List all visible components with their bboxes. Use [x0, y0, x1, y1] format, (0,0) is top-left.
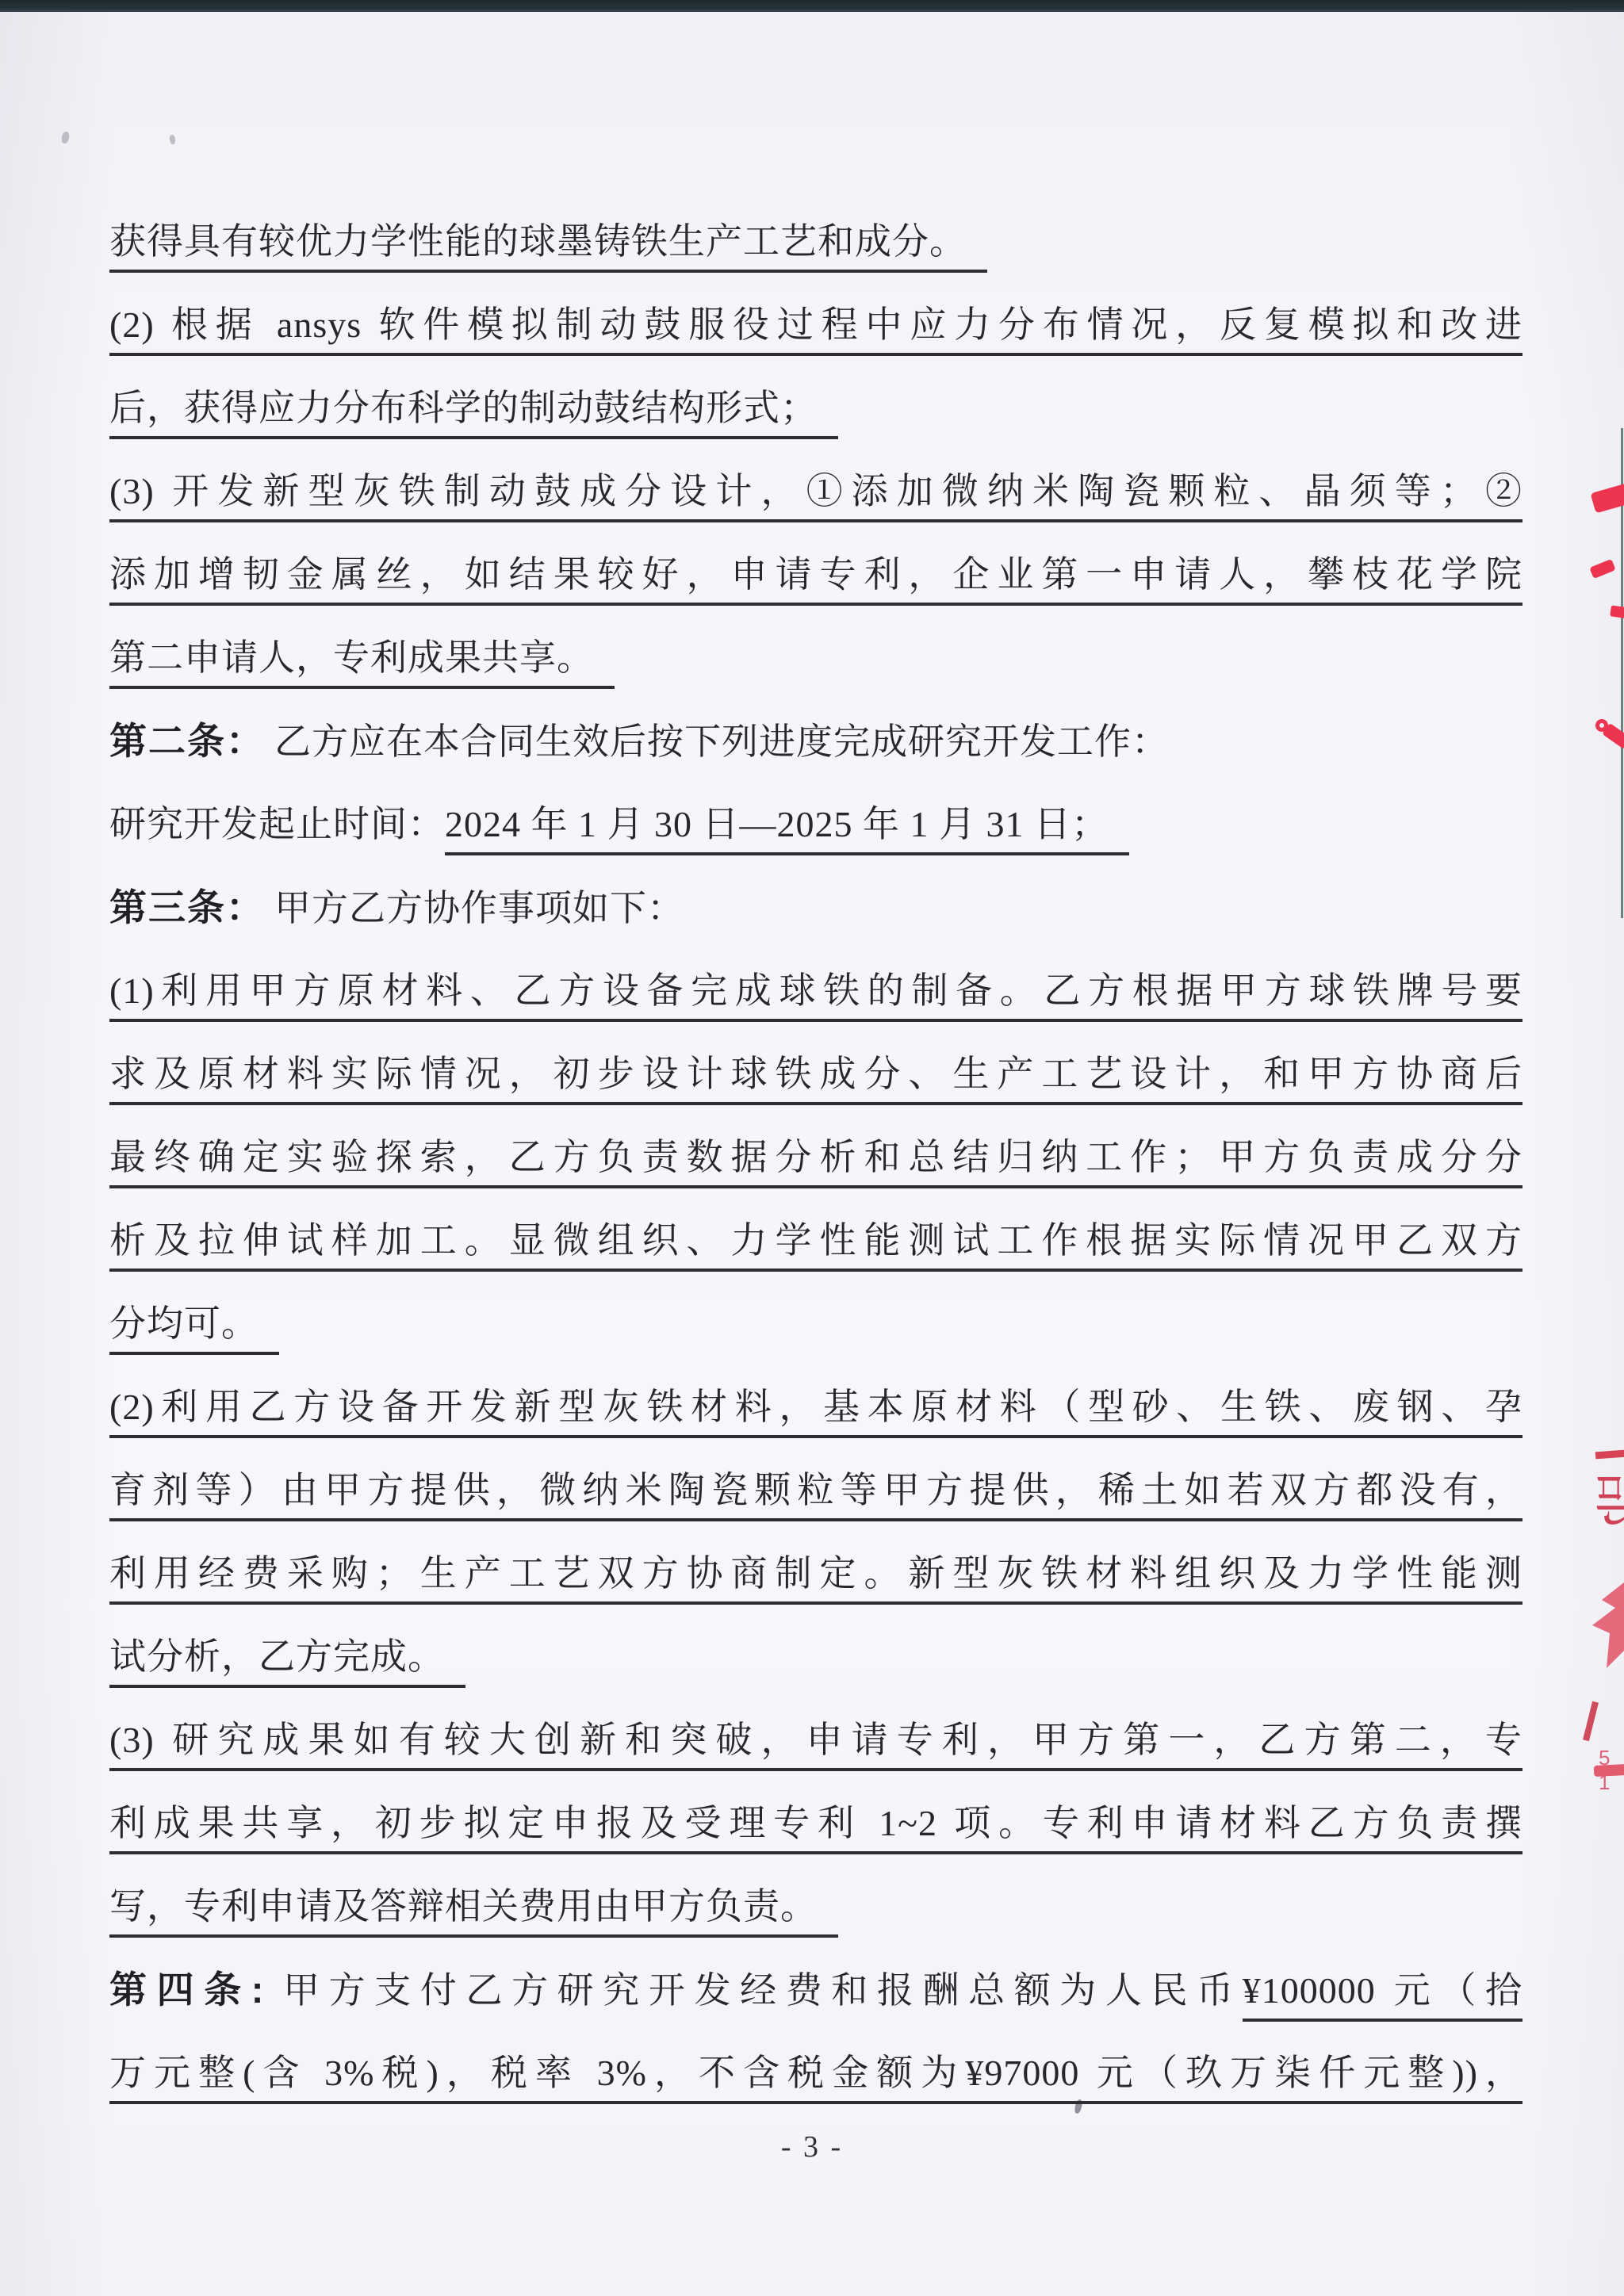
contract-line: 求及原材料实际情况，初步设计球铁成分、生产工艺设计，和甲方协商后 — [109, 1032, 1522, 1115]
contract-line: 利用经费采购；生产工艺双方协商制定。新型灰铁材料组织及力学性能测 — [109, 1532, 1522, 1615]
contract-line: (3) 开发新型灰铁制动鼓成分设计，①添加微纳米陶瓷颗粒、晶须等；② — [109, 450, 1522, 533]
line-text: 利用经费采购；生产工艺双方协商制定。新型灰铁材料组织及力学性能测 — [109, 1553, 1522, 1605]
contract-line: 研究开发起止时间：2024 年 1 月 30 日—2025 年 1 月 31 日… — [109, 783, 1522, 866]
seal-star-fragment — [1586, 1579, 1624, 1674]
line-text: 第二申请人，专利成果共享。 — [109, 637, 615, 689]
contract-line: (2)利用乙方设备开发新型灰铁材料，基本原材料（型砂、生铁、废钢、孕 — [109, 1365, 1522, 1448]
contract-line: 析及拉伸试样加工。显微组织、力学性能测试工作根据实际情况甲乙双方 — [109, 1199, 1522, 1282]
contract-line: 添加增韧金属丝，如结果较好，申请专利，企业第一申请人，攀枝花学院 — [109, 533, 1522, 616]
contract-line: 第二申请人，专利成果共享。 — [109, 616, 1522, 699]
line-text: 后，获得应力分布科学的制动鼓结构形式； — [109, 388, 838, 439]
line-text: (2) 根据 ansys 软件模拟制动鼓服役过程中应力分布情况，反复模拟和改进 — [109, 304, 1522, 356]
seal-fragment — [1595, 1450, 1624, 1460]
scanned-contract-page: 获得具有较优力学性能的球墨铸铁生产工艺和成分。 (2) 根据 ansys 软件模… — [0, 0, 1624, 2296]
line-text: 乙方应在本合同生效后按下列进度完成研究开发工作： — [274, 721, 1169, 762]
filled-in-amount: ¥100000 元（拾 — [1243, 1970, 1522, 2022]
contract-body: 获得具有较优力学性能的球墨铸铁生产工艺和成分。 (2) 根据 ansys 软件模… — [109, 200, 1522, 2114]
line-text: 甲方乙方协作事项如下： — [274, 888, 684, 928]
clause-heading: 第三条： — [109, 886, 265, 928]
scan-speck — [61, 131, 71, 144]
line-text: 析及拉伸试样加工。显微组织、力学性能测试工作根据实际情况甲乙双方 — [109, 1220, 1522, 1272]
line-text: (1)利用甲方原材料、乙方设备完成球铁的制备。乙方根据甲方球铁牌号要 — [109, 970, 1522, 1022]
line-text: 分均可。 — [109, 1303, 279, 1355]
filled-in-date: 2024 年 1 月 30 日—2025 年 1 月 31 日； — [445, 804, 1129, 855]
line-text: 万元整(含 3%税)，税率 3%，不含税金额为¥97000 元（玖万柒仟元整))… — [109, 2053, 1522, 2104]
line-text: 最终确定实验探索，乙方负责数据分析和总结归纳工作；甲方负责成分分 — [109, 1137, 1522, 1188]
line-text: 试分析，乙方完成。 — [109, 1636, 465, 1688]
line-text: 写，专利申请及答辩相关费用由甲方负责。 — [109, 1886, 838, 1938]
contract-line: 万元整(含 3%税)，税率 3%，不含税金额为¥97000 元（玖万柒仟元整))… — [109, 2031, 1522, 2114]
contract-line: 第二条：乙方应在本合同生效后按下列进度完成研究开发工作： — [109, 699, 1522, 783]
contract-line: (3) 研究成果如有较大创新和突破，申请专利，甲方第一，乙方第二，专 — [109, 1698, 1522, 1781]
contract-line: 写，专利申请及答辩相关费用由甲方负责。 — [109, 1865, 1522, 1948]
contract-line: 分均可。 — [109, 1282, 1522, 1365]
red-pen-mark — [1610, 605, 1624, 618]
page-number: - 3 - — [0, 2130, 1624, 2164]
seal-character: 部 — [1589, 1467, 1624, 1530]
contract-line: 第三条：甲方乙方协作事项如下： — [109, 866, 1522, 949]
contract-line: 最终确定实验探索，乙方负责数据分析和总结归纳工作；甲方负责成分分 — [109, 1115, 1522, 1199]
contract-line: 获得具有较优力学性能的球墨铸铁生产工艺和成分。 — [109, 200, 1522, 283]
line-text: 育剂等）由甲方提供，微纳米陶瓷颗粒等甲方提供，稀土如若双方都没有， — [109, 1470, 1522, 1521]
contract-line: (2) 根据 ansys 软件模拟制动鼓服役过程中应力分布情况，反复模拟和改进 — [109, 283, 1522, 366]
contract-line: (1)利用甲方原材料、乙方设备完成球铁的制备。乙方根据甲方球铁牌号要 — [109, 949, 1522, 1032]
contract-line: 试分析，乙方完成。 — [109, 1615, 1522, 1698]
line-text: 添加增韧金属丝，如结果较好，申请专利，企业第一申请人，攀枝花学院 — [109, 554, 1522, 606]
contract-line: 后，获得应力分布科学的制动鼓结构形式； — [109, 366, 1522, 450]
line-text: (3) 研究成果如有较大创新和突破，申请专利，甲方第一，乙方第二，专 — [109, 1720, 1522, 1771]
line-text: 求及原材料实际情况，初步设计球铁成分、生产工艺设计，和甲方协商后 — [109, 1054, 1522, 1105]
clause-heading: 第四条: — [109, 1969, 265, 2011]
line-text: (3) 开发新型灰铁制动鼓成分设计，①添加微纳米陶瓷颗粒、晶须等；② — [109, 471, 1522, 522]
seal-fragment — [1583, 1701, 1599, 1741]
line-text: (2)利用乙方设备开发新型灰铁材料，基本原材料（型砂、生铁、废钢、孕 — [109, 1387, 1522, 1438]
line-text: 利成果共享，初步拟定申报及受理专利 1~2 项。专利申请材料乙方负责撰 — [109, 1803, 1522, 1854]
contract-line: 育剂等）由甲方提供，微纳米陶瓷颗粒等甲方提供，稀土如若双方都没有， — [109, 1448, 1522, 1532]
seal-fragment — [1594, 1764, 1624, 1777]
contract-line: 利成果共享，初步拟定申报及受理专利 1~2 项。专利申请材料乙方负责撰 — [109, 1781, 1522, 1865]
scanner-edge-band — [0, 0, 1624, 12]
clause-heading: 第二条： — [109, 720, 265, 762]
red-pen-mark — [1589, 559, 1615, 579]
contract-line: 第四条:甲方支付乙方研究开发经费和报酬总额为人民币¥100000 元（拾 — [109, 1948, 1522, 2031]
scan-speck — [169, 135, 176, 145]
line-text: 研究开发起止时间： — [109, 804, 445, 844]
red-pen-mark — [1591, 481, 1624, 514]
line-text: 获得具有较优力学性能的球墨铸铁生产工艺和成分。 — [109, 221, 987, 273]
line-text: 甲方支付乙方研究开发经费和报酬总额为人民币 — [274, 1970, 1242, 2011]
